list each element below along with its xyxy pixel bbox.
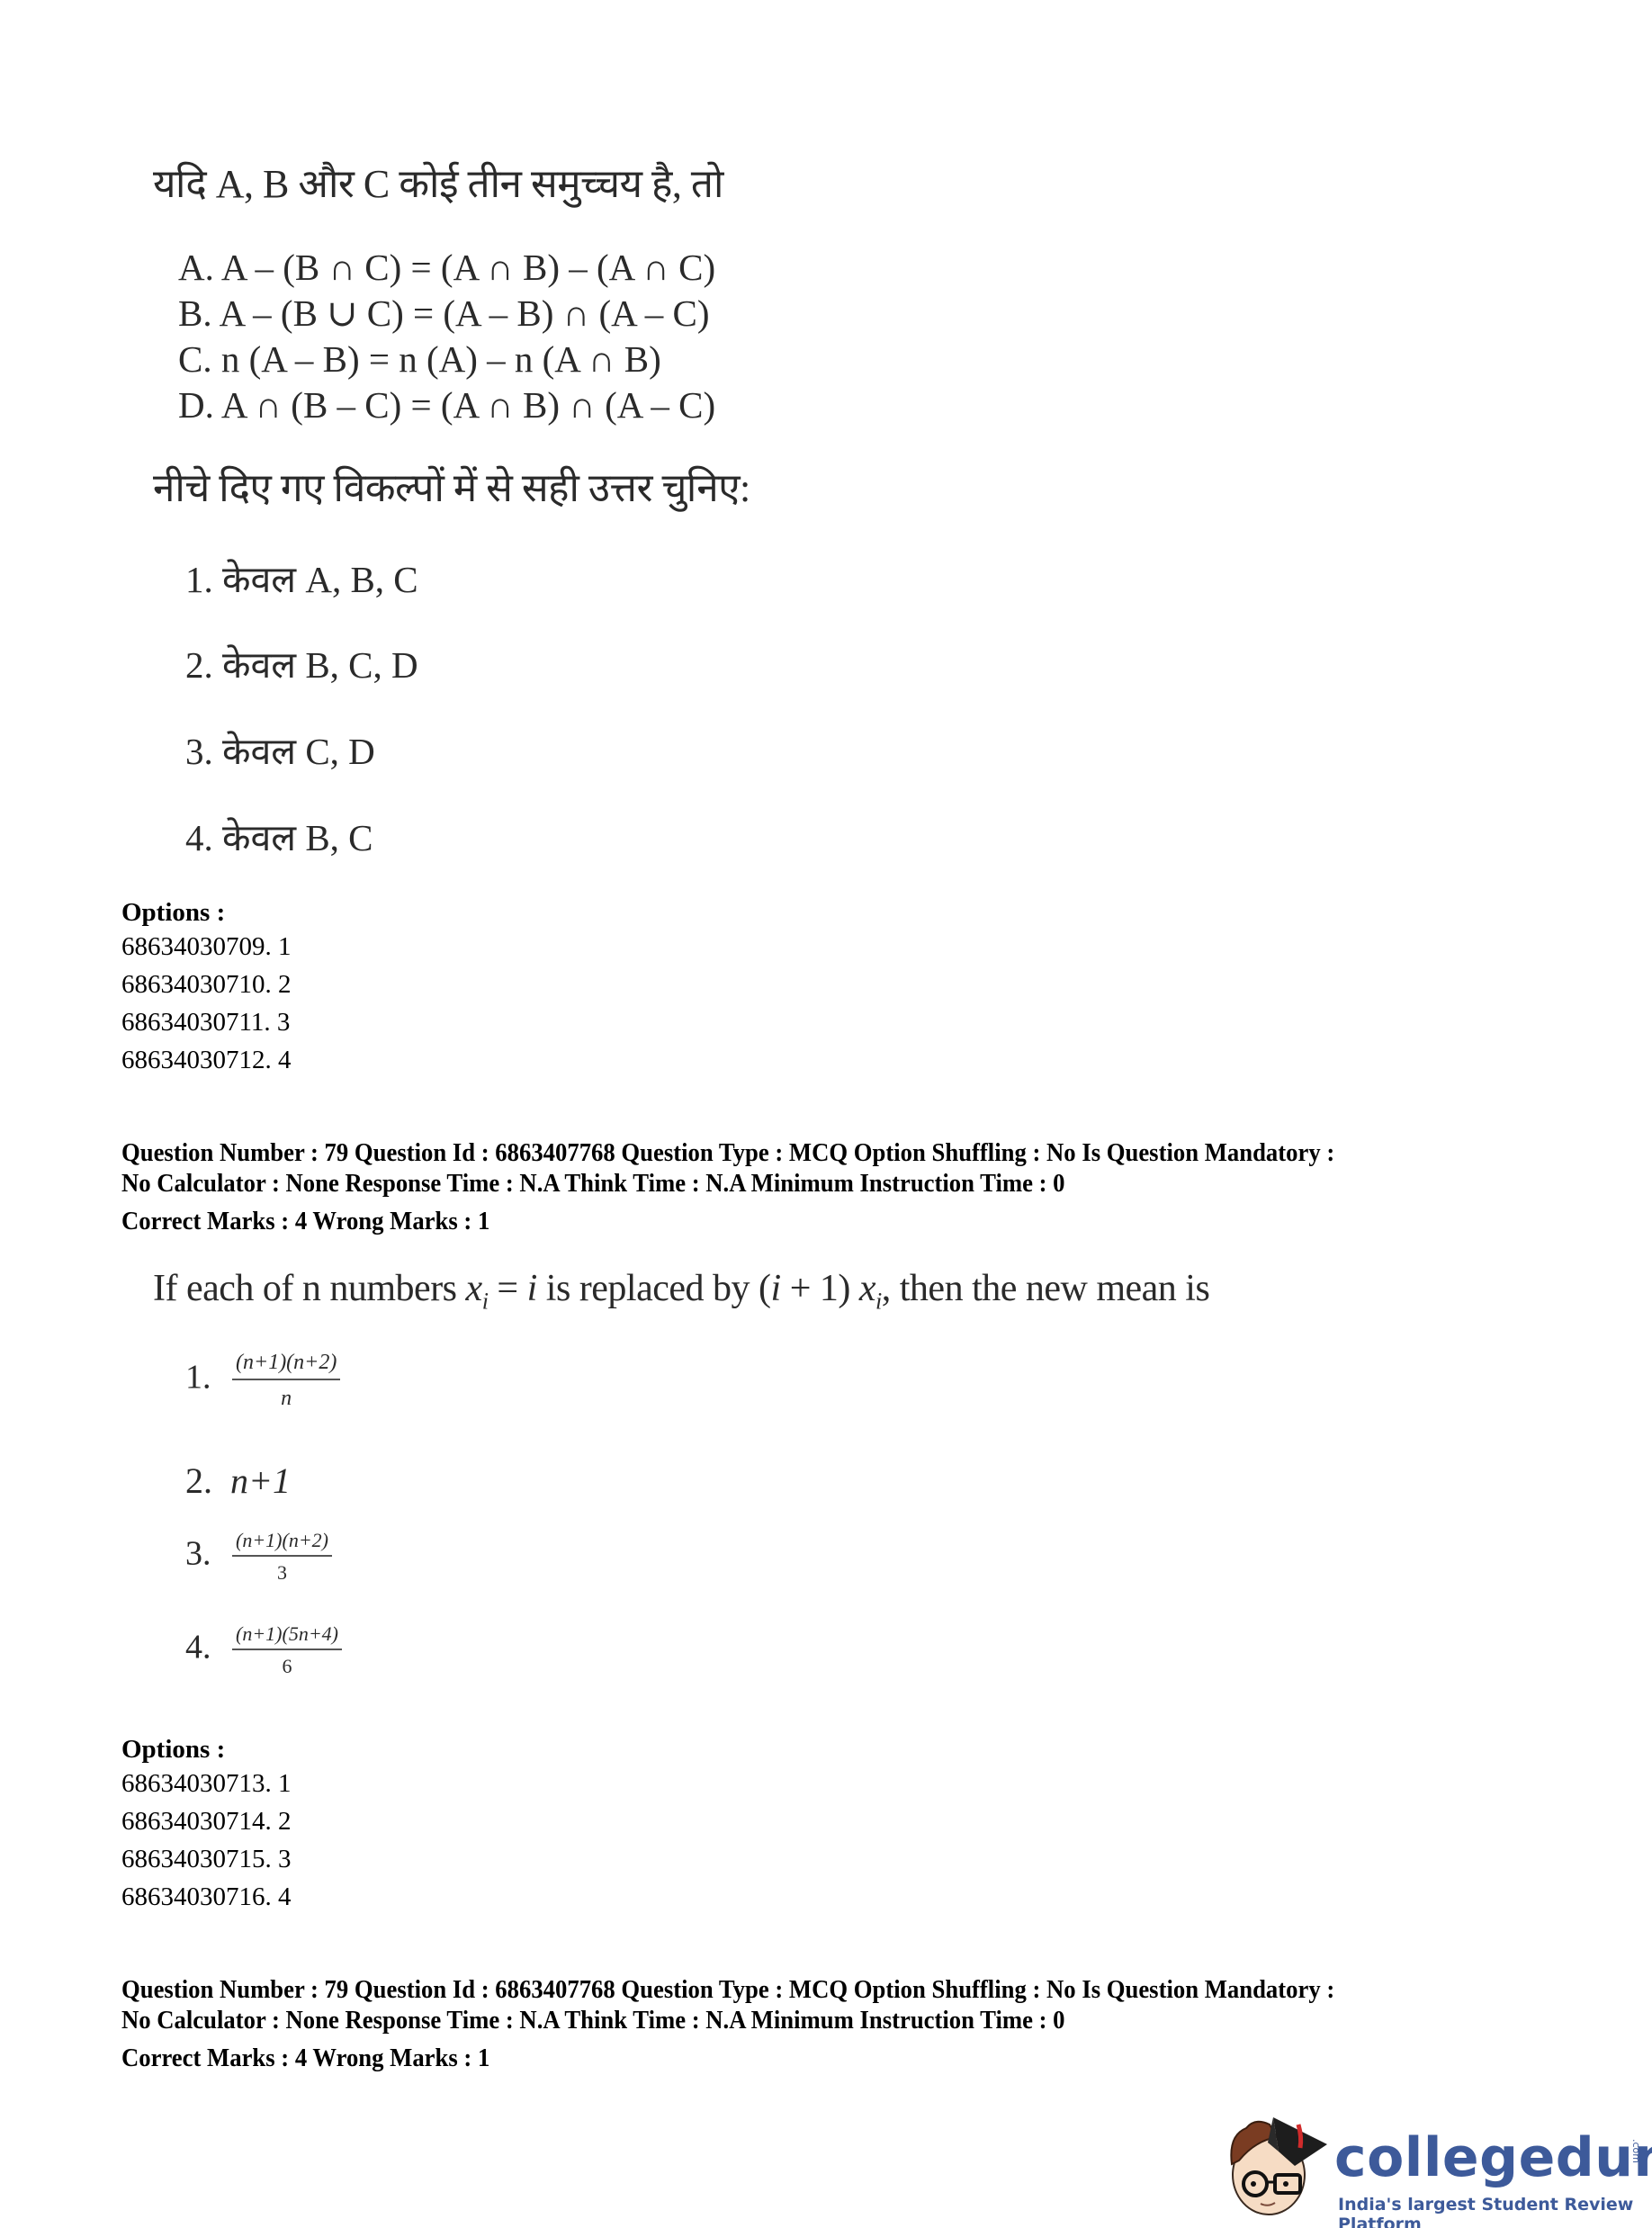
stem-text: If each of n numbers bbox=[153, 1268, 466, 1309]
denominator: 3 bbox=[277, 1557, 287, 1584]
option-id-3: 68634030711. 3 bbox=[121, 1003, 292, 1041]
denominator: n bbox=[281, 1380, 292, 1411]
numerator: (n+1)(5n+4) bbox=[232, 1623, 342, 1650]
denominator: 6 bbox=[283, 1650, 292, 1677]
statement-d: D. A ∩ (B – C) = (A ∩ B) ∩ (A – C) bbox=[178, 382, 715, 428]
statement-list: A. A – (B ∩ C) = (A ∩ B) – (A ∩ C) B. A … bbox=[178, 245, 715, 428]
option-id-4: 68634030716. 4 bbox=[121, 1878, 292, 1916]
logo-suffix: .com bbox=[1630, 2139, 1642, 2163]
choice-79-2: 2. n+1 bbox=[185, 1460, 291, 1502]
meta-line-2: No Calculator : None Response Time : N.A… bbox=[121, 2005, 1334, 2035]
var-i: i bbox=[527, 1268, 537, 1309]
option-id-2: 68634030714. 2 bbox=[121, 1802, 292, 1840]
statement-c: C. n (A – B) = n (A) – n (A ∩ B) bbox=[178, 337, 715, 382]
option-id-2: 68634030710. 2 bbox=[121, 966, 292, 1003]
var-x: x bbox=[859, 1268, 875, 1309]
logo-wordmark: collegedunia bbox=[1334, 2126, 1652, 2189]
statement-b: B. A – (B ∪ C) = (A – B) ∩ (A – C) bbox=[178, 291, 715, 337]
numerator: (n+1)(n+2) bbox=[232, 1530, 332, 1557]
instruction-text: नीचे दिए गए विकल्पों में से सही उत्तर चु… bbox=[153, 459, 750, 513]
choice-label: 4. bbox=[185, 1629, 211, 1667]
subscript-i: i bbox=[875, 1288, 882, 1314]
choice-79-1: 1. (n+1)(n+2) n bbox=[185, 1350, 340, 1411]
stem-text: + 1) bbox=[781, 1268, 859, 1309]
options-block-79: Options : 68634030713. 1 68634030714. 2 … bbox=[121, 1735, 292, 1916]
stem-text: is replaced by ( bbox=[537, 1268, 771, 1309]
fraction: (n+1)(n+2) n bbox=[232, 1350, 340, 1411]
var-x: x bbox=[466, 1268, 482, 1309]
option-id-1: 68634030713. 1 bbox=[121, 1765, 292, 1802]
fraction: (n+1)(5n+4) 6 bbox=[232, 1623, 342, 1677]
question-meta-next: Question Number : 79 Question Id : 68634… bbox=[121, 1974, 1440, 2073]
choice-4: 4. केवल B, C bbox=[185, 812, 373, 862]
option-id-4: 68634030712. 4 bbox=[121, 1041, 292, 1079]
options-block: Options : 68634030709. 1 68634030710. 2 … bbox=[121, 898, 292, 1079]
logo-tagline: India's largest Student Review Platform bbox=[1338, 2195, 1642, 2228]
statement-a: A. A – (B ∩ C) = (A ∩ B) – (A ∩ C) bbox=[178, 245, 715, 291]
choice-79-3: 3. (n+1)(n+2) 3 bbox=[185, 1530, 332, 1584]
meta-line-1: Question Number : 79 Question Id : 68634… bbox=[121, 1974, 1334, 2005]
question-meta: Question Number : 79 Question Id : 68634… bbox=[121, 1137, 1440, 1236]
options-heading: Options : bbox=[121, 1735, 292, 1765]
fraction: (n+1)(n+2) 3 bbox=[232, 1530, 332, 1584]
question-stem-79: If each of n numbers xi = i is replaced … bbox=[153, 1267, 1209, 1315]
choice-label: 1. bbox=[185, 1359, 211, 1397]
marks-line: Correct Marks : 4 Wrong Marks : 1 bbox=[121, 2043, 1334, 2073]
var-i: i bbox=[771, 1268, 781, 1309]
meta-line-2: No Calculator : None Response Time : N.A… bbox=[121, 1168, 1334, 1199]
choice-2: 2. केवल B, C, D bbox=[185, 639, 418, 689]
option-id-3: 68634030715. 3 bbox=[121, 1840, 292, 1878]
question-stem: यदि A, B और C कोई तीन समुच्चय है, तो bbox=[153, 155, 723, 209]
meta-line-1: Question Number : 79 Question Id : 68634… bbox=[121, 1137, 1334, 1168]
mascot-icon bbox=[1219, 2101, 1327, 2218]
choice-label: 3. bbox=[185, 1535, 211, 1573]
choice-label: 2. bbox=[185, 1460, 212, 1501]
option-id-1: 68634030709. 1 bbox=[121, 928, 292, 966]
stem-text: = bbox=[488, 1268, 526, 1309]
choice-3: 3. केवल C, D bbox=[185, 725, 375, 776]
marks-line: Correct Marks : 4 Wrong Marks : 1 bbox=[121, 1206, 1334, 1236]
numerator: (n+1)(n+2) bbox=[232, 1350, 340, 1380]
collegedunia-logo[interactable]: collegedunia .com India's largest Studen… bbox=[1219, 2101, 1642, 2218]
options-heading: Options : bbox=[121, 898, 292, 928]
stem-text: , then the new mean is bbox=[882, 1268, 1210, 1309]
choice-expression: n+1 bbox=[230, 1460, 291, 1501]
choice-79-4: 4. (n+1)(5n+4) 6 bbox=[185, 1623, 342, 1677]
choice-1: 1. केवल A, B, C bbox=[185, 553, 418, 604]
